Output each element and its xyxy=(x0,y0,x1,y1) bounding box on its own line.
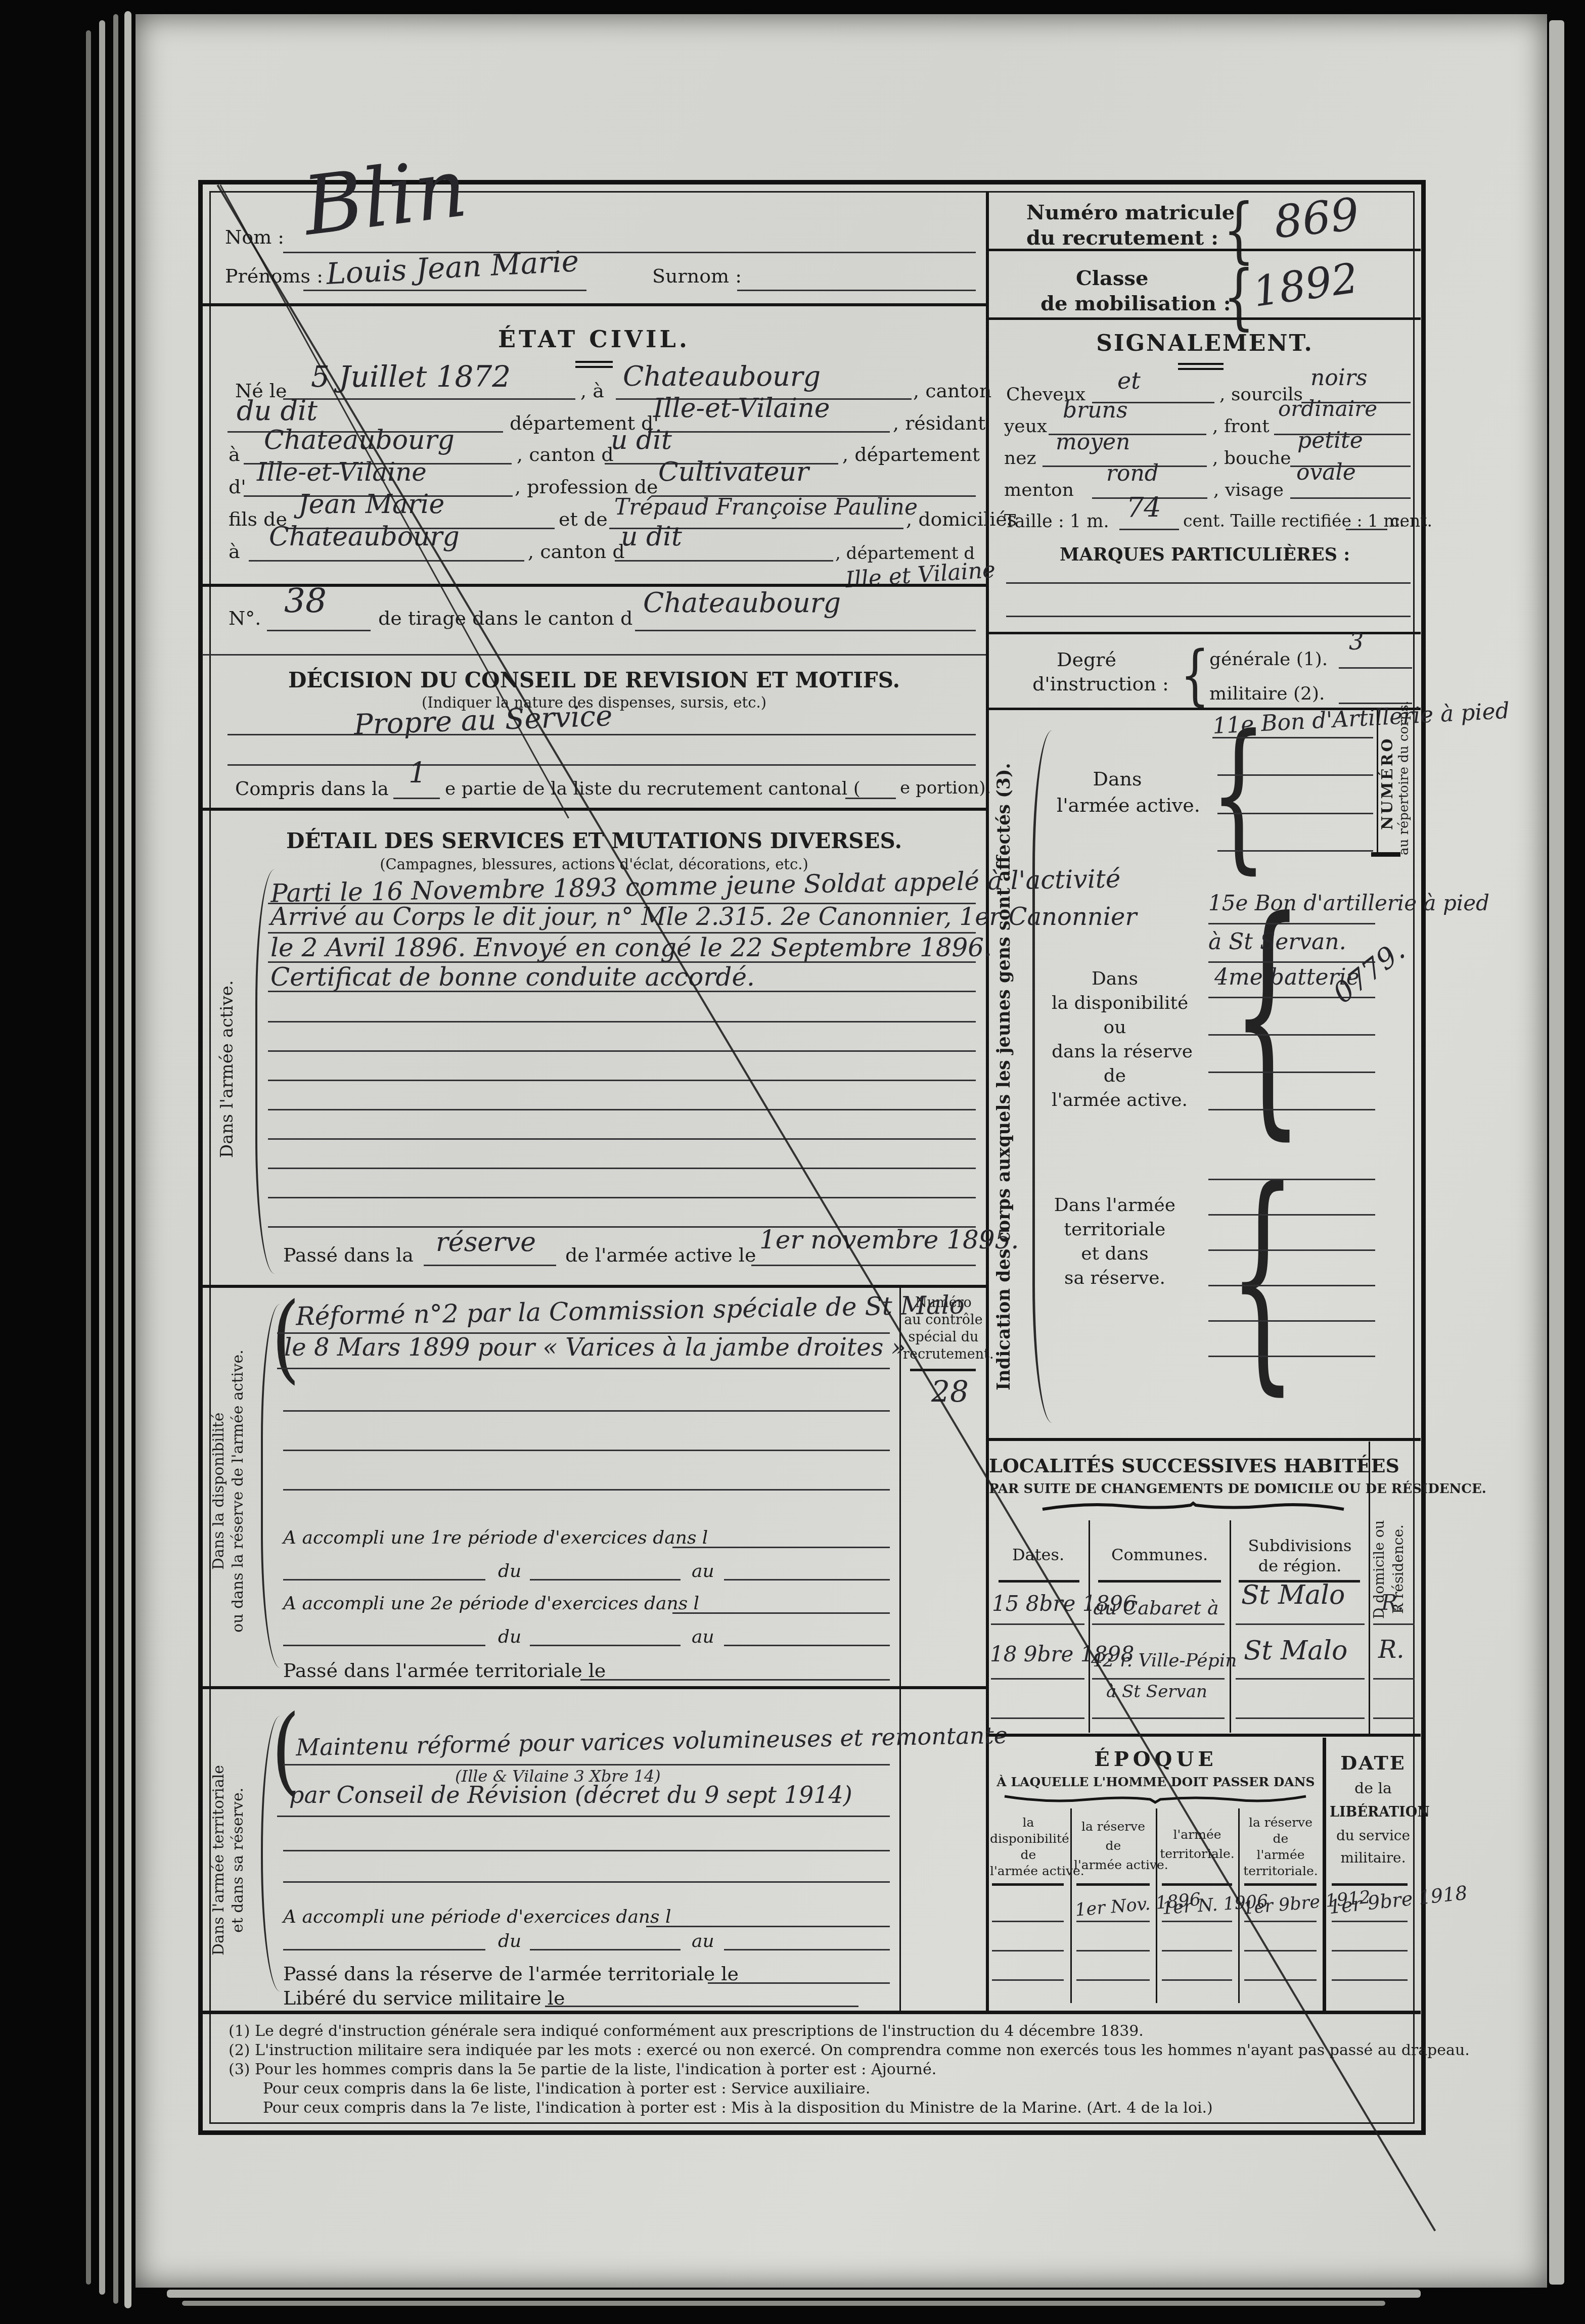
signalement-title: SIGNALEMENT. xyxy=(989,331,1421,357)
localite-row-subdiv: St Malo xyxy=(1241,1582,1345,1608)
territoriale-side-label-1: Dans l'armée territoriale xyxy=(211,1729,227,1991)
du-label: du xyxy=(498,1931,521,1951)
epoque-col1-l1: la xyxy=(990,1816,1067,1830)
date-col-l2: de la xyxy=(1330,1780,1417,1798)
localite-row-dr: R. xyxy=(1381,1592,1404,1613)
divider xyxy=(202,1285,986,1288)
generale-value: 3 xyxy=(1349,630,1364,653)
epoque-col2-l3: l'armée active. xyxy=(1074,1858,1153,1873)
front-value: ordinaire xyxy=(1278,398,1377,420)
ruled-line xyxy=(646,1926,890,1927)
title-ornament xyxy=(1178,363,1224,370)
localites-title: LOCALITÉS SUCCESSIVES HABITÉES xyxy=(989,1455,1393,1477)
ruled-line xyxy=(1217,813,1373,814)
localite-row-commune: au Cabaret à xyxy=(1093,1598,1219,1617)
page-stack-edge xyxy=(99,20,105,2295)
ruled-line xyxy=(283,1881,890,1883)
ruled-line xyxy=(283,1764,890,1765)
col-communes-header: Communes. xyxy=(1090,1546,1229,1564)
passe-reserve-value: réserve xyxy=(436,1229,536,1256)
ruled-line xyxy=(283,1949,485,1950)
header-rule xyxy=(999,1580,1079,1583)
armee-active-side-label: Dans l'armée active. xyxy=(218,859,236,1279)
ruled-line xyxy=(1208,1072,1375,1073)
generale-label: générale (1). xyxy=(1209,649,1328,670)
ruled-line xyxy=(283,1579,485,1581)
ne-le-value: 5 Juillet 1872 xyxy=(311,362,511,391)
ruled-line xyxy=(268,991,976,992)
epoque-col4-l3: l'armée xyxy=(1242,1848,1320,1863)
ruled-line xyxy=(393,798,440,799)
ruled-line xyxy=(1208,1249,1375,1251)
ruled-line xyxy=(1092,1717,1225,1719)
ruled-line xyxy=(1092,1678,1225,1680)
epoque-col2-l1: la réserve xyxy=(1074,1820,1153,1834)
canton2-label: , canton d xyxy=(517,444,614,466)
footnote-3: (3) Pour les hommes compris dans la 5e p… xyxy=(229,2061,936,2079)
surnom-label: Surnom : xyxy=(652,265,742,288)
ruled-line xyxy=(1208,1034,1375,1036)
periode1-label: A accompli une 1re période d'exercices d… xyxy=(283,1527,708,1548)
ruled-line xyxy=(1076,1979,1150,1981)
ruled-line xyxy=(228,734,976,735)
ruled-line xyxy=(268,1021,976,1022)
ruled-line xyxy=(724,1579,890,1581)
domicilies-label: , domiciliés xyxy=(906,508,1017,531)
epoque-col3-l2: territoriale. xyxy=(1159,1847,1235,1862)
ruled-line xyxy=(992,1979,1064,1981)
page-stack-edge xyxy=(86,30,91,2285)
ruled-line xyxy=(1162,1921,1232,1922)
localite-row-commune: 42 r. Ville-Pépin xyxy=(1091,1652,1237,1670)
ruled-line xyxy=(1332,1921,1408,1922)
corps-dispo-label-4: dans la réserve xyxy=(1052,1041,1178,1062)
ruled-line xyxy=(530,1645,681,1646)
canton3-label: , canton d xyxy=(528,541,625,563)
matricule-label-2: du recrutement : xyxy=(1026,226,1218,250)
ruled-line xyxy=(724,1645,890,1646)
ruled-line xyxy=(991,1623,1084,1625)
ruled-line xyxy=(1332,1979,1408,1981)
footnote-1: (1) Le degré d'instruction générale sera… xyxy=(229,2023,1144,2040)
col-subdiv-header-1: Subdivisions xyxy=(1232,1537,1368,1555)
page-right-edge xyxy=(1549,20,1564,2285)
canton2-value: u dit xyxy=(611,427,672,453)
territoriale-hand-2: par Conseil de Révision (décret du 9 sep… xyxy=(289,1783,852,1806)
pere-value: Jean Marie xyxy=(298,491,444,518)
ruled-line xyxy=(1332,1950,1408,1951)
ruled-line xyxy=(991,1678,1084,1680)
localite-row-subdiv: St Malo xyxy=(1244,1638,1347,1664)
ruled-line xyxy=(1208,1320,1375,1322)
ruled-line xyxy=(530,1949,681,1950)
visage-label: , visage xyxy=(1213,480,1284,500)
classe-label-1: Classe xyxy=(1076,267,1148,290)
epoque-col2-l2: de xyxy=(1074,1839,1153,1853)
ruled-line xyxy=(283,1450,890,1451)
corps-terr-label-1: Dans l'armée xyxy=(1052,1195,1178,1216)
ruled-line xyxy=(1208,1285,1375,1286)
marques-label: MARQUES PARTICULIÈRES : xyxy=(989,545,1421,565)
ruled-line xyxy=(1373,1623,1415,1625)
nom-underline xyxy=(283,252,976,253)
divider xyxy=(202,1686,986,1689)
departement2-label: , département xyxy=(842,444,980,466)
epoque-col4-l2: de xyxy=(1242,1832,1320,1846)
cheveux-value: et xyxy=(1117,369,1141,392)
canton-value: du dit xyxy=(237,397,318,425)
page-stack-edge xyxy=(113,14,118,2304)
epoque-subtitle: À LAQUELLE L'HOMME DOIT PASSER DANS xyxy=(989,1775,1323,1790)
corps-terr-label-3: et dans xyxy=(1052,1243,1178,1264)
localites-subtitle: PAR SUITE DE CHANGEMENTS DE DOMICILE OU … xyxy=(989,1482,1393,1497)
ruled-line xyxy=(1244,1979,1317,1981)
ruled-line xyxy=(268,1168,976,1169)
compris-value: 1 xyxy=(409,759,427,787)
au-label: au xyxy=(692,1626,714,1647)
date-col-l3: LIBÉRATION xyxy=(1330,1804,1417,1820)
epoque-date-divider xyxy=(1323,1738,1326,2011)
ruled-line xyxy=(424,1265,556,1266)
departement3-value: Ille-et-Vilaine xyxy=(257,459,427,485)
table-vline xyxy=(1230,1520,1231,1733)
ruled-line xyxy=(1006,616,1411,617)
ruled-line xyxy=(268,1138,976,1140)
ruled-line xyxy=(267,630,371,631)
territoriale-side-label-2: et dans sa réserve. xyxy=(231,1749,246,1971)
tirage-no-label: N°. xyxy=(229,608,261,630)
col-subdiv-header-2: de région. xyxy=(1232,1557,1368,1575)
dispo-side-label-2: ou dans la réserve de l'armée active. xyxy=(231,1304,246,1678)
nez-value: moyen xyxy=(1056,431,1130,453)
ruled-line xyxy=(1208,961,1375,963)
tirage-canton: Chateaubourg xyxy=(643,589,841,617)
name-signature: Blin xyxy=(299,147,471,247)
ruled-line xyxy=(202,654,986,656)
ruled-line xyxy=(277,1816,890,1817)
ruled-line xyxy=(751,1265,976,1266)
controle-header-rule xyxy=(910,1369,976,1371)
passe-reserve-terr-label: Passé dans la réserve de l'armée territo… xyxy=(283,1963,739,1985)
header-rule xyxy=(1076,1883,1150,1886)
au-label: au xyxy=(692,1931,714,1951)
epoque-col4-l1: la réserve xyxy=(1242,1816,1320,1830)
brace-ornament: { xyxy=(1223,195,1254,266)
dispo-side-label-1: Dans la disponibilité xyxy=(211,1324,227,1658)
ruled-line xyxy=(545,2006,858,2007)
ruled-line xyxy=(1208,1179,1375,1180)
ruled-line xyxy=(1244,1921,1317,1922)
ruled-line xyxy=(1236,1623,1365,1625)
au-label: au xyxy=(692,1561,714,1582)
nez-label: nez xyxy=(1004,448,1036,469)
ruled-line xyxy=(992,1950,1064,1951)
ruled-line xyxy=(530,1579,681,1581)
ruled-line xyxy=(283,1850,890,1851)
front-label: , front xyxy=(1212,416,1270,437)
ruled-line xyxy=(1212,737,1373,738)
bouche-value: petite xyxy=(1297,430,1363,452)
departement-value: Ille-et-Vilaine xyxy=(653,395,830,422)
surnom-underline xyxy=(737,290,976,291)
brace-ornament: { xyxy=(1229,1158,1297,1396)
tirage-text: de tirage dans le canton d xyxy=(378,608,632,630)
mere-value: Trépaud Françoise Pauline xyxy=(614,496,918,519)
ruled-line xyxy=(1236,1717,1365,1719)
corps-terr-label-4: sa réserve. xyxy=(1052,1268,1178,1288)
date-col-l1: DATE xyxy=(1330,1752,1417,1774)
ruled-line xyxy=(724,1949,890,1950)
taille-label: Taille : 1 m. xyxy=(1004,512,1109,532)
ruled-line xyxy=(277,1368,890,1369)
classe-label-2: de mobilisation : xyxy=(1040,292,1231,315)
ruled-line xyxy=(268,1109,976,1110)
ruled-line xyxy=(283,398,575,400)
visage-value: ovale xyxy=(1296,461,1356,484)
epoque-vline xyxy=(1070,1808,1072,2003)
ruled-line xyxy=(708,1982,890,1984)
page-bottom-edge xyxy=(182,2301,1385,2306)
epoque-col4-l4: territoriale. xyxy=(1242,1864,1320,1879)
services-title: DÉTAIL DES SERVICES ET MUTATIONS DIVERSE… xyxy=(202,829,986,853)
ruled-line xyxy=(1217,850,1373,852)
brace-ornament: { xyxy=(1231,888,1303,1140)
corps-dispo-label-6: l'armée active. xyxy=(1052,1090,1178,1110)
ruled-line xyxy=(1092,1623,1225,1625)
date-col-l4: du service xyxy=(1330,1828,1417,1844)
passe-reserve-date: 1er novembre 1895. xyxy=(759,1227,1019,1252)
degre-label-2: d'instruction : xyxy=(1032,673,1169,695)
ruled-line xyxy=(1006,582,1411,584)
divider xyxy=(986,1438,1421,1441)
col-dates-header: Dates. xyxy=(989,1546,1088,1564)
date-col-l5: militaire. xyxy=(1330,1850,1417,1866)
ruled-line xyxy=(268,1050,976,1052)
ruled-line xyxy=(283,1410,890,1412)
divider xyxy=(202,303,986,306)
et-de-label: et de xyxy=(559,508,608,531)
cent-label: cent. xyxy=(1390,512,1432,531)
controle-header-3: spécial du xyxy=(903,1329,984,1345)
passe-reserve-label2: de l'armée active le xyxy=(565,1244,756,1267)
header-rule xyxy=(992,1883,1064,1886)
compris-label3: e portion). xyxy=(900,778,991,798)
yeux-value: bruns xyxy=(1063,399,1127,422)
ruled-line xyxy=(1373,1717,1415,1719)
ruled-line xyxy=(1076,1950,1150,1951)
reforme-line-2: le 8 Mars 1899 pour « Varices à la jambe… xyxy=(284,1335,906,1360)
passe-territoriale-label: Passé dans l'armée territoriale le xyxy=(283,1660,606,1682)
divider xyxy=(202,2011,1421,2014)
title-ornament xyxy=(575,361,613,368)
taille-rectifiee-label: cent. Taille rectifiée : 1 m. xyxy=(1183,512,1405,531)
corps-dispo-label-3: ou xyxy=(1052,1017,1178,1038)
ruled-line xyxy=(1162,1950,1232,1951)
repertoire-divider xyxy=(1377,710,1378,854)
canton3-value: u dit xyxy=(621,524,682,550)
ruled-line xyxy=(1217,774,1373,776)
canton-label: , canton xyxy=(913,380,991,402)
ruled-line xyxy=(1244,1950,1317,1951)
matricule-value: 869 xyxy=(1272,192,1361,245)
compris-label: Compris dans la xyxy=(235,778,389,800)
ruled-line xyxy=(635,630,976,631)
ruled-line xyxy=(1208,923,1375,924)
repertoire-label-1: NUMÉRO xyxy=(1380,720,1395,847)
ruled-line xyxy=(1208,1356,1375,1357)
corps-dispo-label-2: la disponibilité xyxy=(1052,993,1178,1013)
epoque-col1-l3: de xyxy=(990,1848,1067,1863)
ruled-line xyxy=(672,1547,890,1548)
corps-active-label-1: Dans xyxy=(1057,768,1178,791)
footnote-2: (2) L'instruction militaire sera indiqué… xyxy=(229,2042,1470,2060)
ruled-line xyxy=(268,1080,976,1081)
ruled-line xyxy=(1162,1979,1232,1981)
header-rule xyxy=(1098,1580,1221,1583)
ruled-line xyxy=(992,1921,1064,1922)
prenoms-underline xyxy=(303,290,586,291)
ruled-line xyxy=(845,798,896,799)
sourcils-value: noirs xyxy=(1310,367,1368,389)
ruled-line xyxy=(615,560,833,562)
divider xyxy=(989,249,1421,251)
ruled-line xyxy=(283,1645,485,1646)
ruled-line xyxy=(1339,667,1412,669)
ruled-line xyxy=(1290,497,1411,499)
table-vline xyxy=(1369,1442,1370,1734)
a-label: , à xyxy=(580,380,604,402)
page-stack-edge xyxy=(124,11,131,2308)
periode2-label: A accompli une 2e période d'exercices da… xyxy=(283,1593,699,1614)
du-label: du xyxy=(498,1626,521,1647)
compris-label2: e partie de la liste du recrutement cant… xyxy=(445,778,861,799)
ruled-line xyxy=(1208,1109,1375,1110)
menton-label: menton xyxy=(1004,480,1074,500)
ruled-line xyxy=(268,1197,976,1198)
etat-civil-title: ÉTAT CIVIL. xyxy=(202,326,986,353)
page-bottom-edge xyxy=(167,2290,1421,2298)
ruled-line xyxy=(1236,1678,1365,1680)
ruled-line xyxy=(648,431,890,433)
a-label: à xyxy=(229,541,240,563)
passe-reserve-label: Passé dans la xyxy=(283,1244,414,1267)
periode-label: A accompli une période d'exercices dans … xyxy=(283,1907,671,1927)
localite-row-dr: R. xyxy=(1378,1638,1404,1662)
epoque-col1-l2: disponibilité xyxy=(990,1832,1067,1846)
brace-ornament: { xyxy=(1180,642,1209,708)
divider xyxy=(986,1734,1421,1737)
service-line-3: le 2 Avril 1896. Envoyé en congé le 22 S… xyxy=(270,935,992,960)
residant-label: , résidant xyxy=(893,412,985,435)
ruled-line xyxy=(1076,1921,1150,1922)
residence-value: Chateaubourg xyxy=(264,427,455,453)
a-label: à xyxy=(229,444,240,466)
corps-terr-label-2: territoriale xyxy=(1052,1219,1178,1240)
brace-arc xyxy=(1032,730,1052,1423)
localite-row-commune-2: à St Servan xyxy=(1106,1683,1207,1700)
ruled-line xyxy=(672,1612,890,1614)
menton-value: rond xyxy=(1106,462,1159,485)
squiggle-ornament xyxy=(1004,1792,1307,1805)
repertoire-label-2: au répertoire du corps. xyxy=(1397,712,1411,855)
ruled-line xyxy=(1373,1678,1415,1680)
divider xyxy=(989,317,1421,320)
du-label: du xyxy=(498,1561,521,1582)
footnote-5: Pour ceux compris dans la 7e liste, l'in… xyxy=(263,2100,1213,2117)
ruled-line xyxy=(283,1489,890,1491)
corps-dispo-value-2: à St Servan. xyxy=(1208,931,1346,953)
naissance-commune: Chateaubourg xyxy=(623,363,821,390)
profession-value: Cultivateur xyxy=(658,459,809,485)
scanned-register-page: Blin Nom : Prénoms : Louis Jean Marie Su… xyxy=(0,0,1585,2324)
header-rule xyxy=(1162,1883,1232,1886)
footnote-4: Pour ceux compris dans la 6e liste, l'in… xyxy=(263,2080,870,2098)
ruled-line xyxy=(1119,529,1179,530)
corps-side-label: Indication des corps auxquels les jeunes… xyxy=(995,723,1013,1430)
ruled-line xyxy=(1208,1214,1375,1216)
yeux-label: yeux xyxy=(1004,416,1047,437)
libere-label: Libéré du service militaire le xyxy=(283,1987,565,2010)
header-rule xyxy=(1244,1883,1317,1886)
squiggle-ornament xyxy=(1041,1500,1345,1514)
ruled-line xyxy=(228,764,976,766)
epoque-col1-l4: l'armée active. xyxy=(990,1864,1067,1879)
ruled-line xyxy=(991,1717,1084,1719)
bouche-label: , bouche xyxy=(1212,448,1291,469)
ruled-line xyxy=(580,1679,890,1681)
decision-title: DÉCISION DU CONSEIL DE REVISION ET MOTIF… xyxy=(202,668,986,692)
controle-column-divider xyxy=(899,1288,901,2011)
corps-dispo-label-5: de xyxy=(1052,1065,1178,1086)
ruled-line xyxy=(249,560,524,562)
ruled-line xyxy=(1346,529,1387,530)
divider xyxy=(202,808,986,811)
taille-value: 74 xyxy=(1126,494,1161,522)
degre-label-1: Degré xyxy=(1057,649,1116,671)
header-rule xyxy=(1332,1883,1408,1886)
matricule-label-1: Numéro matricule xyxy=(1026,201,1235,224)
corps-dispo-label-1: Dans xyxy=(1052,968,1178,989)
corps-dispo-value-1: 15e Bon d'artillerie à pied xyxy=(1208,893,1489,914)
tirage-no-value: 38 xyxy=(284,584,327,618)
corps-active-label-2: l'armée active. xyxy=(1057,795,1178,817)
